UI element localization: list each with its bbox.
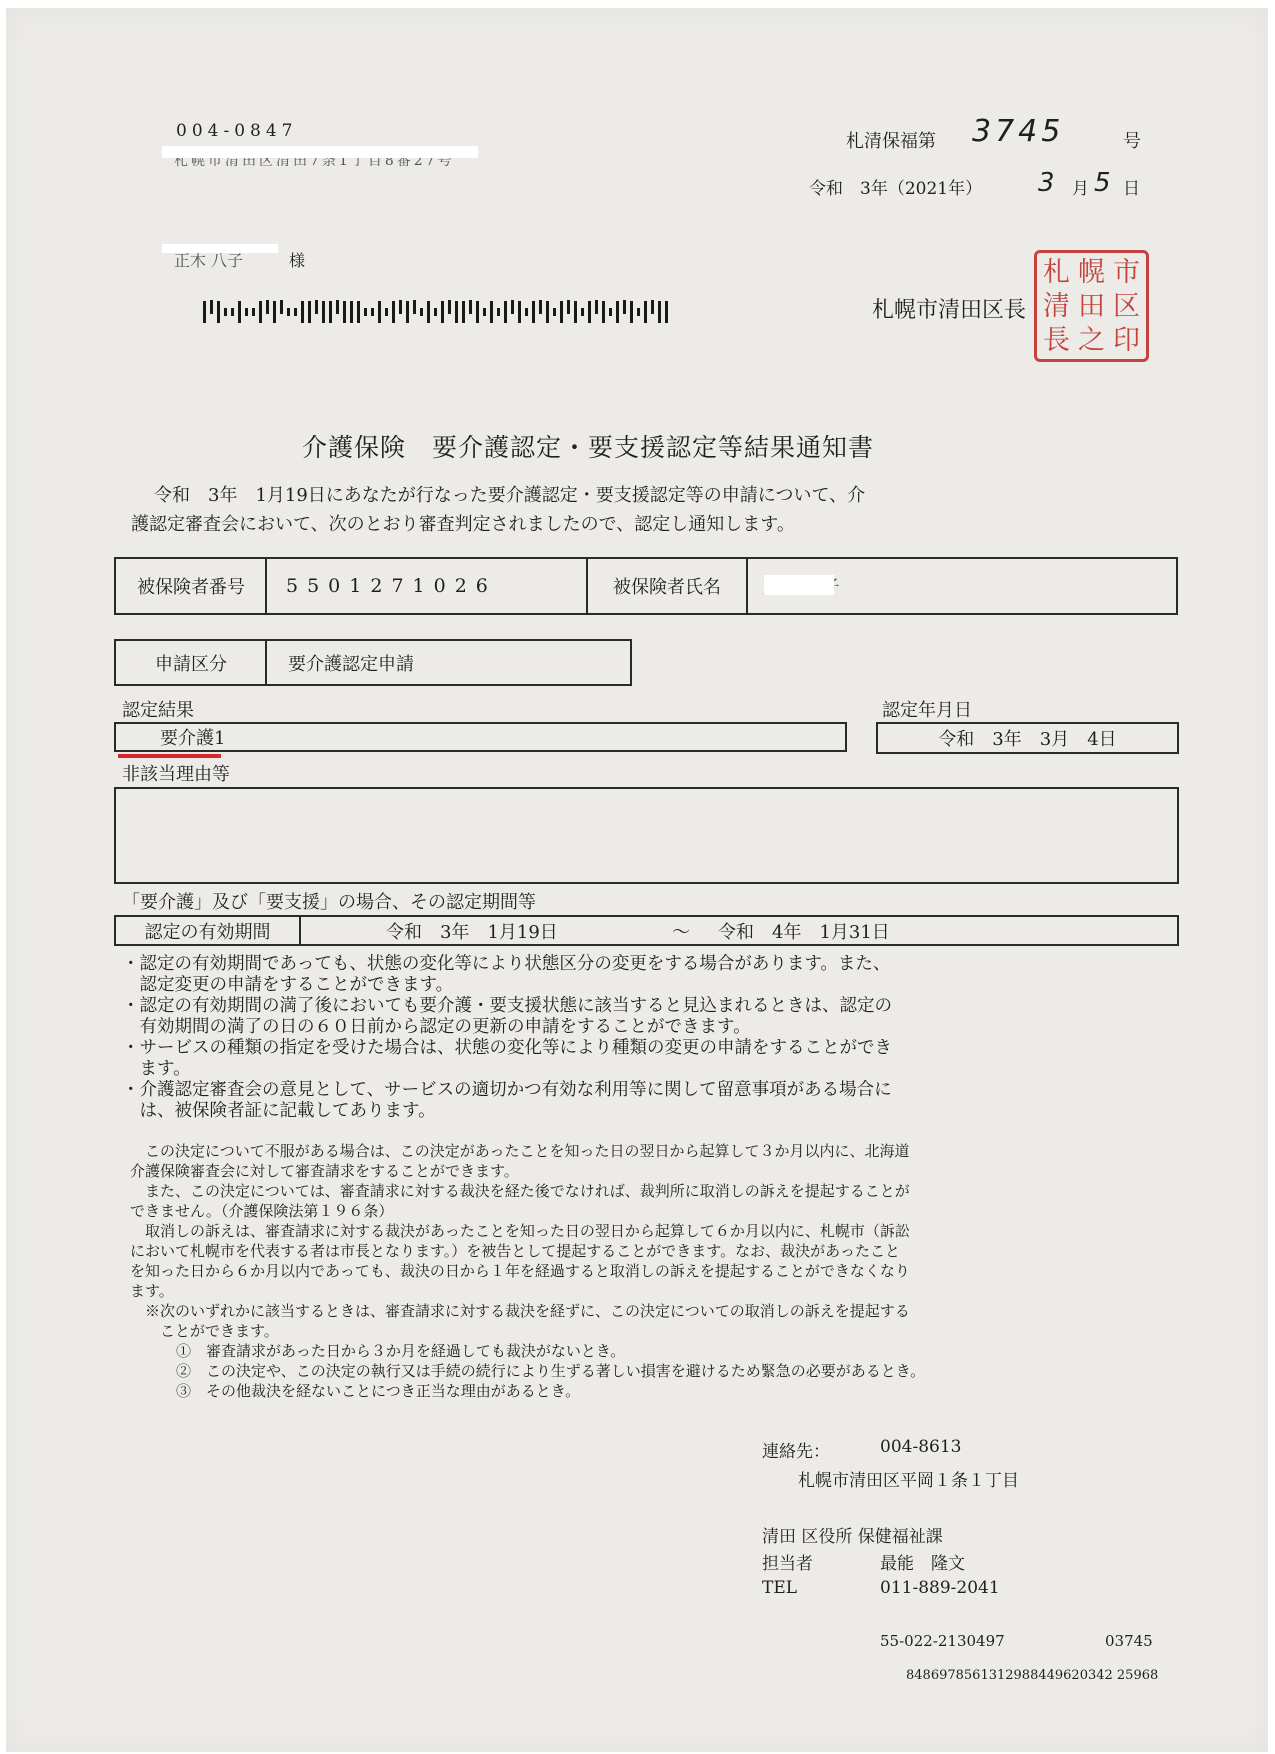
seal-character: 之 [1074, 327, 1109, 354]
contact-postal-code: 004-8613 [880, 1437, 961, 1457]
issuer-name: 札幌市清田区長 [872, 293, 1026, 324]
seal-character: 区 [1109, 293, 1144, 320]
certification-date-box: 令和 3年 3月 4日 [876, 722, 1179, 754]
contact-tel: 011-889-2041 [880, 1578, 1000, 1598]
note-item: ・サービスの種類の指定を受けた場合は、状態の変化等により種類の変更の申請をするこ… [122, 1038, 892, 1080]
name-redaction [162, 244, 278, 253]
legal-paragraph: 取消しの訴えは、審査請求に対する裁決があったことを知った日の翌日から起算して６か… [130, 1221, 925, 1301]
legal-paragraph: また、この決定については、審査請求に対する裁決を経た後でなければ、裁判所に取消し… [130, 1181, 925, 1221]
seal-character: 市 [1109, 259, 1144, 286]
certification-date-label: 認定年月日 [882, 696, 972, 722]
customer-barcode [203, 300, 673, 324]
seal-character: 幌 [1074, 259, 1109, 286]
document-number-suffix: 号 [1123, 127, 1141, 153]
note-item: ・介護認定審査会の意見として、サービスの適切かつ有効な利用等に関して留意事項があ… [122, 1080, 892, 1122]
period-heading: 「要介護」及び「要支援」の場合、その認定期間等 [122, 888, 536, 914]
reference-code: 55-022-2130497 [880, 1632, 1005, 1650]
contact-label: 連絡先： [762, 1437, 830, 1462]
certification-date: 令和 3年 3月 4日 [878, 724, 1177, 752]
insured-name-redaction [764, 575, 834, 595]
serial-number: 03745 [1105, 1632, 1153, 1650]
result-label: 認定結果 [122, 696, 194, 722]
document-title: 介護保険 要介護認定・要支援認定等結果通知書 [302, 428, 874, 464]
official-seal-icon: 札幌市清田区長之印 [1034, 250, 1149, 362]
non-applicable-reason [132, 789, 1032, 882]
validity-period-table: 認定の有効期間 令和 3年 1月19日 ～ 令和 4年 1月31日 [114, 915, 1179, 946]
non-applicable-label: 非該当理由等 [122, 760, 230, 786]
notes-list: ・認定の有効期間であっても、状態の変化等により状態区分の変更をする場合があります… [122, 954, 892, 1122]
appeal-information: この決定について不服がある場合は、この決定があったことを知った日の翌日から起算し… [130, 1141, 925, 1401]
seal-character: 印 [1109, 327, 1144, 354]
validity-period-label: 認定の有効期間 [116, 917, 299, 944]
contact-person-label: 担当者 [762, 1549, 813, 1574]
result-box: 要介護1 [114, 722, 847, 752]
seal-character: 清 [1039, 293, 1074, 320]
contact-department: 清田 区役所 保健福祉課 [762, 1522, 943, 1547]
non-applicable-box [114, 787, 1179, 884]
issue-date-month: 3 [1038, 168, 1055, 198]
application-type-table: 申請区分 要介護認定申請 [114, 639, 632, 686]
insured-name-label: 被保険者氏名 [588, 559, 746, 613]
note-item: ・認定の有効期間の満了後においても要介護・要支援状態に該当すると見込まれるときは… [122, 996, 892, 1038]
note-item: ・認定の有効期間であっても、状態の変化等により状態区分の変更をする場合があります… [122, 954, 892, 996]
tracking-code: 8486978561312988449620342 25968 [906, 1668, 1158, 1683]
legal-paragraph: この決定について不服がある場合は、この決定があったことを知った日の翌日から起算し… [130, 1141, 925, 1181]
honorific: 様 [289, 248, 305, 271]
issue-date-day-unit: 日 [1123, 174, 1140, 199]
validity-separator: ～ [672, 917, 702, 944]
validity-to: 令和 4年 1月31日 [718, 917, 978, 944]
legal-condition-item: ② この決定や、この決定の執行又は手続の続行により生ずる著しい損害を避けるため緊… [130, 1361, 925, 1381]
seal-character: 長 [1039, 327, 1074, 354]
insured-number-label: 被保険者番号 [116, 559, 266, 613]
result-highlight-underline [118, 754, 221, 758]
legal-condition-item: ③ その他裁決を経ないことにつき正当な理由があるとき。 [130, 1381, 925, 1401]
contact-person: 最能 隆文 [880, 1549, 965, 1574]
care-level-result: 要介護1 [160, 724, 460, 750]
contact-address: 札幌市清田区平岡１条１丁目 [798, 1466, 1019, 1491]
insured-number: 5501271026 [286, 559, 586, 613]
issue-date-printed: 令和 3年（2021年） [809, 174, 982, 199]
application-type-label: 申請区分 [116, 641, 266, 684]
application-type: 要介護認定申請 [288, 641, 618, 684]
issue-date-month-unit: 月 [1072, 174, 1089, 199]
document-number: 3745 [972, 114, 1064, 149]
document-paper: 004-0847 札幌市清田区清田7条1丁目8番27号 正木 八子 様 札清保福… [6, 8, 1268, 1752]
contact-tel-label: TEL [762, 1578, 797, 1598]
intro-line-2: 護認定審査会において、次のとおり審査判定されましたので、認定し通知します。 [131, 510, 795, 536]
recipient-postal-code: 004-0847 [176, 121, 297, 141]
seal-character: 札 [1039, 259, 1074, 286]
validity-from: 令和 3年 1月19日 [386, 917, 646, 944]
legal-paragraph: ※次のいずれかに該当するときは、審査請求に対する裁決を経ずに、この決定についての… [130, 1301, 925, 1341]
document-number-label: 札清保福第 [846, 127, 936, 153]
seal-character: 田 [1074, 293, 1109, 320]
address-redaction [162, 146, 478, 158]
legal-condition-item: ① 審査請求があった日から３か月を経過しても裁決がないとき。 [130, 1341, 925, 1361]
intro-line-1: 令和 3年 1月19日にあなたが行なった要介護認定・要支援認定等の申請について、… [154, 481, 865, 507]
issue-date-day: 5 [1094, 168, 1111, 198]
insured-info-table: 被保険者番号 5501271026 被保険者氏名 正木 八子 [114, 557, 1178, 615]
